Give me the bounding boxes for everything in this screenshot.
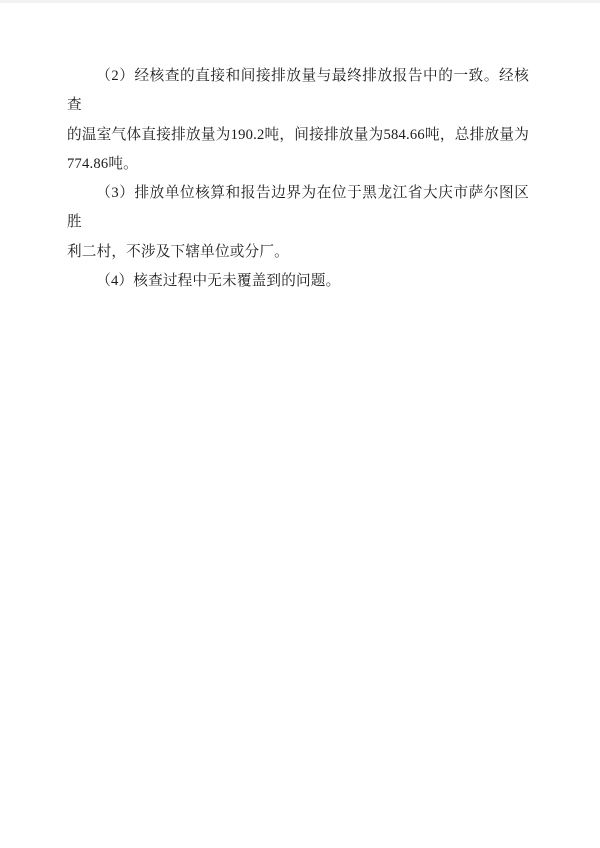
paragraph-4: （4）核查过程中无未覆盖到的问题。 bbox=[67, 267, 529, 296]
text-line: （4）核查过程中无未覆盖到的问题。 bbox=[67, 267, 529, 296]
document-page: （2）经核查的直接和间接排放量与最终排放报告中的一致。经核查 的温室气体直接排放… bbox=[0, 0, 600, 848]
paragraph-3: （3）排放单位核算和报告边界为在位于黑龙江省大庆市萨尔图区胜 利二村，不涉及下辖… bbox=[67, 179, 529, 267]
text-line: 774.86吨。 bbox=[67, 150, 529, 179]
text-line: （3）排放单位核算和报告边界为在位于黑龙江省大庆市萨尔图区胜 bbox=[67, 179, 529, 238]
text-line: 的温室气体直接排放量为190.2吨，间接排放量为584.66吨，总排放量为 bbox=[67, 121, 529, 150]
page-top-edge bbox=[0, 0, 600, 3]
document-body-text: （2）经核查的直接和间接排放量与最终排放报告中的一致。经核查 的温室气体直接排放… bbox=[67, 62, 529, 296]
text-line: 利二村，不涉及下辖单位或分厂。 bbox=[67, 238, 529, 267]
text-line: （2）经核查的直接和间接排放量与最终排放报告中的一致。经核查 bbox=[67, 62, 529, 121]
paragraph-2: （2）经核查的直接和间接排放量与最终排放报告中的一致。经核查 的温室气体直接排放… bbox=[67, 62, 529, 179]
